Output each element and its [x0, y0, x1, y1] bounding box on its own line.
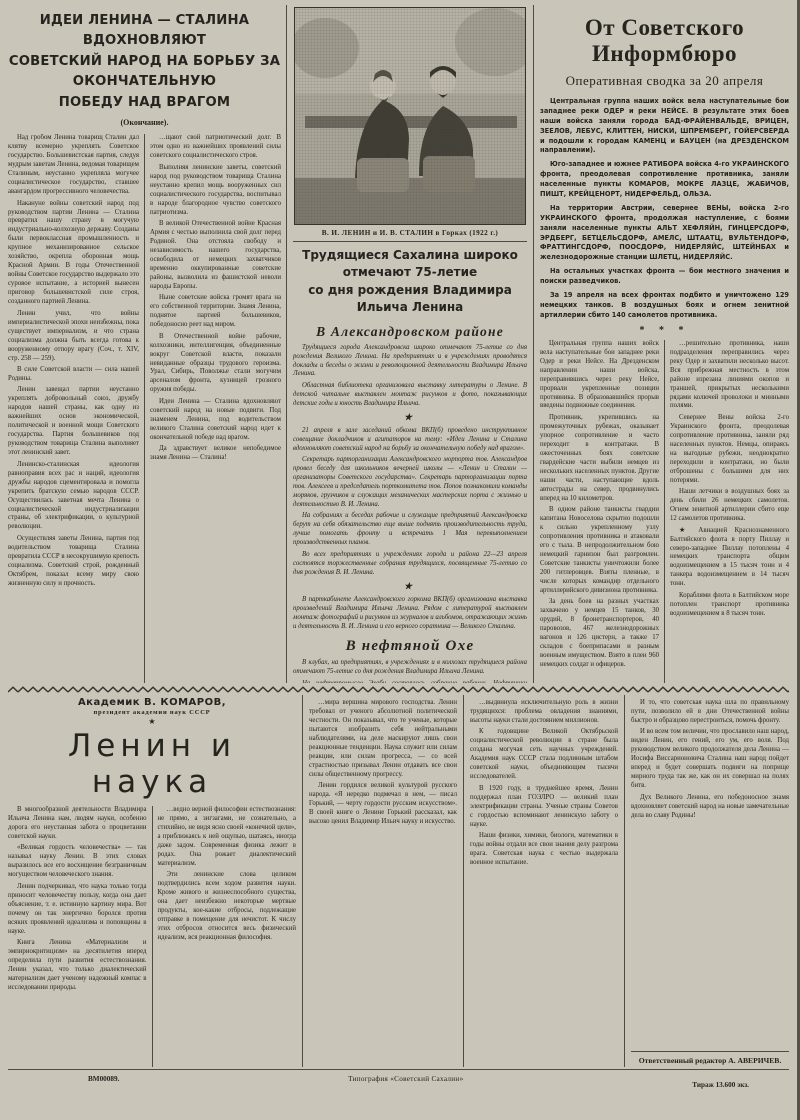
headline-line-2: СОВЕТСКИЙ НАРОД НА БОРЬБУ ЗА ОКОНЧАТЕЛЬН… — [9, 54, 280, 89]
section-heading-aleksandrovsk: В Александровском районе — [293, 324, 527, 340]
paragraph: Ленин подчеркивал, что наука только тогд… — [8, 883, 147, 937]
paragraph: ★ — [293, 412, 527, 424]
science-column-2: …ведно верной философии естествознания: … — [152, 806, 297, 1067]
paragraph: Накануне войны советский народ под руков… — [8, 200, 139, 308]
paragraph: Эти ленинские слова целиком подтвердилис… — [158, 871, 297, 943]
science-column-3: …мира вершина мирового господства. Ленин… — [302, 695, 457, 1067]
science-author-role: президент академии наук СССР — [8, 709, 296, 716]
informburo-article: От Советского Информбюро Оперативная сво… — [534, 5, 789, 683]
paragraph: Да здравствует великое непобедимое знамя… — [150, 445, 281, 463]
paragraph: ★ — [293, 581, 527, 593]
informburo-column-2: …решительно противника, наши подразделен… — [664, 340, 789, 683]
printer-name: Типография «Советский Сахалин» — [348, 1075, 463, 1083]
paragraph: Идеи Ленина — Сталина вдохновляют советс… — [150, 398, 281, 443]
paragraph: …выдвинула исключительную роль в жизни т… — [470, 699, 618, 726]
star-ornament: ★ — [8, 717, 296, 726]
paragraph: За 19 апреля на всех фронтах подбито и у… — [540, 291, 789, 321]
paragraph: В парткабинете Александровского горкома … — [293, 596, 527, 632]
photo-figure: В. И. ЛЕНИН и И. В. СТАЛИН в Горках (192… — [294, 7, 526, 237]
headline-line-3: ПОБЕДУ НАД ВРАГОМ — [59, 95, 230, 110]
paragraph: Во всех предприятиях и учреждениях город… — [293, 551, 527, 578]
lenin-stalin-photo — [294, 7, 526, 225]
press-code: ВМ00089. — [88, 1075, 119, 1083]
stars-separator: * * * — [540, 325, 789, 336]
paragraph: К годовщине Великой Октябрьской социалис… — [470, 728, 618, 782]
paragraph: Секретарь парторганизации Александровско… — [293, 456, 527, 510]
imprint-row: ВМ00089. Типография «Советский Сахалин» … — [8, 1070, 789, 1089]
lead-article-column-1: Над гробом Ленина товарищ Сталин дал кля… — [8, 134, 139, 683]
headline-line-1: ИДЕИ ЛЕНИНА — СТАЛИНА ВДОХНОВЛЯЮТ — [40, 13, 249, 48]
paragraph: Наши летчики в воздушных боях за день сб… — [670, 488, 789, 524]
paragraph: Центральная группа наших войск вела наст… — [540, 340, 659, 412]
paragraph: …решительно противника, наши подразделен… — [670, 340, 789, 412]
paragraph: Трудящиеся города Александровска широко … — [293, 344, 527, 380]
paragraph: Ленин учил, что войны империалистической… — [8, 310, 139, 364]
paragraph: В 1920 году, в труднейшее время, Ленин п… — [470, 785, 618, 830]
sakhalin-headline-line-2: со дня рождения Владимира Ильича Ленина — [308, 283, 512, 314]
paragraph: Ныне советские войска громят врага на ег… — [150, 294, 281, 330]
paragraph: В многообразной деятельности Владимира И… — [8, 806, 147, 842]
science-article: Академик В. КОМАРОВ, президент академии … — [8, 695, 789, 1067]
paragraph: В одном районе танкисты гвардии капитана… — [540, 506, 659, 596]
editor-signature: Ответственный редактор А. АВЕРИЧЕВ. — [631, 1051, 789, 1067]
lead-article-kicker: (Окончание). — [8, 118, 281, 127]
paragraph: …мира вершина мирового господства. Ленин… — [309, 699, 457, 780]
paragraph: На территории Австрии, севернее ВЕНЫ, во… — [540, 204, 789, 263]
lead-article: ИДЕИ ЛЕНИНА — СТАЛИНА ВДОХНОВЛЯЮТ СОВЕТС… — [8, 5, 286, 683]
paragraph: В силе Советской власти — сила нашей Род… — [8, 366, 139, 384]
informburo-column-1: Центральная группа наших войск вела наст… — [540, 340, 659, 683]
paragraph: Севернее Вены войска 2-го Украинского фр… — [670, 414, 789, 486]
paragraph: …щают свой патриотический долг. В этом о… — [150, 134, 281, 161]
paragraph: …ведно верной философии естествознания: … — [158, 806, 297, 869]
photo-caption: В. И. ЛЕНИН и И. В. СТАЛИН в Горках (192… — [294, 229, 526, 237]
paragraph: В Отечественной войне рабочие, колхозник… — [150, 333, 281, 396]
lead-article-columns: Над гробом Ленина товарищ Сталин дал кля… — [8, 134, 281, 683]
sakhalin-headline-line-1: Трудящиеся Сахалина широко отмечают 75-л… — [302, 248, 518, 279]
science-byline: Академик В. КОМАРОВ, президент академии … — [8, 697, 296, 726]
science-column-1: В многообразной деятельности Владимира И… — [8, 806, 147, 1067]
informburo-title: От Советского Информбюро — [540, 15, 789, 67]
paragraph: Противник, укрепившись на промежуточных … — [540, 414, 659, 504]
sakhalin-headline: Трудящиеся Сахалина широко отмечают 75-л… — [293, 241, 527, 317]
science-column-5-wrap: И то, что советская наука шла по правиль… — [624, 695, 789, 1067]
center-column: В. И. ЛЕНИН и И. В. СТАЛИН в Горках (192… — [286, 5, 534, 683]
section-okha-text: В клубах, на предприятиях, в учреждениях… — [293, 659, 527, 683]
paragraph: И то, что советская наука шла по правиль… — [631, 699, 789, 726]
paragraph: В клубах, на предприятиях, в учреждениях… — [293, 659, 527, 677]
paragraph: 21 апреля в зале заседаний обкома ВКП(б)… — [293, 427, 527, 454]
paragraph: В великой Отечественной войне Красная Ар… — [150, 220, 281, 292]
paragraph: Областная библиотека организовала выстав… — [293, 382, 527, 409]
paragraph: Ленин гордился великой культурой русског… — [309, 782, 457, 827]
paragraph: ★ Авиацией Краснознаменного Балтийского … — [670, 527, 789, 590]
photo-illustration — [295, 8, 526, 225]
paragraph: Выполняя ленинские заветы, советский нар… — [150, 164, 281, 218]
newspaper-page: ИДЕИ ЛЕНИНА — СТАЛИНА ВДОХНОВЛЯЮТ СОВЕТС… — [0, 0, 800, 1120]
paragraph: Над гробом Ленина товарищ Сталин дал кля… — [8, 134, 139, 197]
paragraph: На нефтепромысле Эхаби состоялось собран… — [293, 680, 527, 683]
paragraph: Центральная группа наших войск вела наст… — [540, 97, 789, 156]
paragraph: «Великая гордость человечества» — так на… — [8, 844, 147, 880]
paragraph: Книга Ленина «Материализм и эмпириокрити… — [8, 939, 147, 993]
paragraph: На остальных участках фронта — бои местн… — [540, 267, 789, 287]
science-columns-1-2: В многообразной деятельности Владимира И… — [8, 806, 296, 1067]
science-title: Ленин и наука — [8, 728, 296, 800]
paragraph: Наши физики, химики, биологи, математики… — [470, 832, 618, 868]
paragraph: Ленин завещал партии неустанно укреплять… — [8, 386, 139, 458]
paragraph: Осуществляя заветы Ленина, партия под во… — [8, 535, 139, 589]
informburo-lead: Центральная группа наших войск вела наст… — [540, 97, 789, 321]
paragraph: Дух Великого Ленина, его победоносное зн… — [631, 794, 789, 821]
paragraph: На собраниях и беседах рабочие и служащи… — [293, 512, 527, 548]
section-aleksandrovsk-text: Трудящиеся города Александровска широко … — [293, 344, 527, 632]
paragraph: Ленинско-сталинская идеология равноправи… — [8, 461, 139, 533]
informburo-columns: Центральная группа наших войск вела наст… — [540, 340, 789, 683]
science-column-4: …выдвинула исключительную роль в жизни т… — [463, 695, 618, 1067]
science-article-head-block: Академик В. КОМАРОВ, президент академии … — [8, 695, 296, 1067]
science-column-5: И то, что советская наука шла по правиль… — [631, 699, 789, 1051]
zigzag-divider — [8, 686, 789, 693]
paragraph: Кораблями флота в Балтийском море потопл… — [670, 592, 789, 619]
informburo-subtitle: Оперативная сводка за 20 апреля — [540, 73, 789, 89]
circulation: Тираж 13.600 экз. — [692, 1075, 749, 1089]
lead-article-column-2: …щают свой патриотический долг. В этом о… — [144, 134, 281, 683]
top-row: ИДЕИ ЛЕНИНА — СТАЛИНА ВДОХНОВЛЯЮТ СОВЕТС… — [8, 5, 789, 683]
paragraph: За день боев на разных участках захвачен… — [540, 598, 659, 670]
paragraph: Юго-западнее и южнее РАТИБОРА войска 4-г… — [540, 160, 789, 200]
lead-article-headline: ИДЕИ ЛЕНИНА — СТАЛИНА ВДОХНОВЛЯЮТ СОВЕТС… — [8, 5, 281, 113]
paragraph: И во всем том величии, что прославило на… — [631, 728, 789, 791]
section-heading-okha: В нефтяной Охе — [293, 638, 527, 655]
science-author: Академик В. КОМАРОВ, — [8, 697, 296, 708]
